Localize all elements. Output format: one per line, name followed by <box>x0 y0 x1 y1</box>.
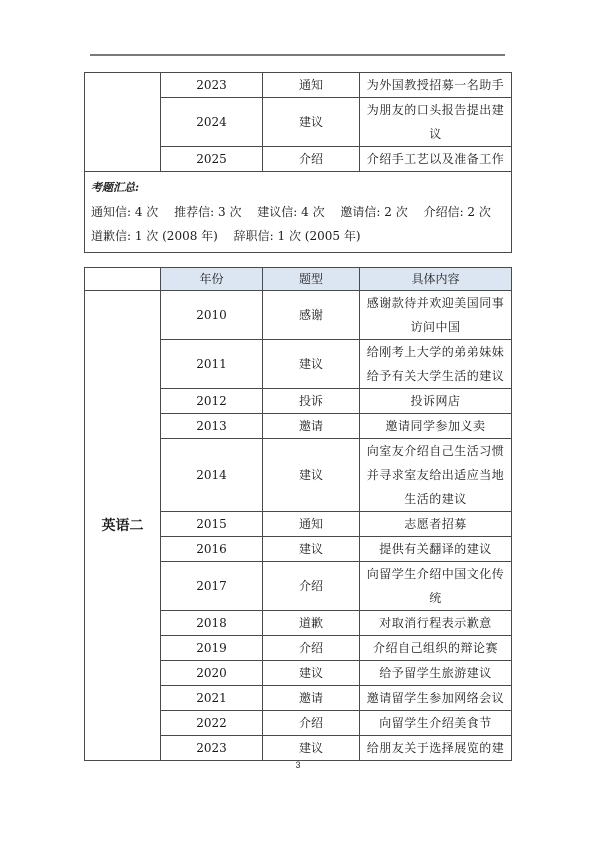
type-cell: 介绍 <box>263 562 360 611</box>
type-cell: 建议 <box>263 98 360 147</box>
year-cell: 2018 <box>161 611 263 636</box>
type-cell: 邀请 <box>263 686 360 711</box>
type-cell: 邀请 <box>263 414 360 439</box>
summary-item: 道歉信: 1 次 (2008 年) <box>91 229 218 243</box>
year-cell: 2020 <box>161 661 263 686</box>
year-cell: 2012 <box>161 389 263 414</box>
type-cell: 通知 <box>263 73 360 98</box>
type-cell: 通知 <box>263 512 360 537</box>
year-cell: 2019 <box>161 636 263 661</box>
header-blank-cell <box>85 268 161 291</box>
header-year: 年份 <box>161 268 263 291</box>
type-cell: 介绍 <box>263 636 360 661</box>
year-cell: 2025 <box>161 147 263 172</box>
subject-cell: 英语二 <box>85 291 161 761</box>
summary-item: 建议信: 4 次 <box>257 205 324 219</box>
type-cell: 建议 <box>263 661 360 686</box>
year-cell: 2023 <box>161 736 263 761</box>
year-cell: 2014 <box>161 439 263 512</box>
summary-item: 通知信: 4 次 <box>91 205 158 219</box>
type-cell: 投诉 <box>263 389 360 414</box>
year-cell: 2011 <box>161 340 263 389</box>
summary-cell: 考题汇总: 通知信: 4 次 推荐信: 3 次 建议信: 4 次 邀请信: 2 … <box>85 172 512 253</box>
writing-topics-table-continued: 2023 通知 为外国教授招募一名助手 2024 建议 为朋友的口头报告提出建议… <box>84 72 512 253</box>
year-cell: 2015 <box>161 512 263 537</box>
table-row: 英语二 2010 感谢 感谢款待并欢迎美国同事访问中国 <box>85 291 512 340</box>
content-cell: 给刚考上大学的弟弟妹妹给予有关大学生活的建议 <box>360 340 512 389</box>
year-cell: 2023 <box>161 73 263 98</box>
summary-item: 推荐信: 3 次 <box>174 205 241 219</box>
content-cell: 对取消行程表示歉意 <box>360 611 512 636</box>
type-cell: 建议 <box>263 537 360 562</box>
type-cell: 建议 <box>263 439 360 512</box>
content-cell: 给予留学生旅游建议 <box>360 661 512 686</box>
content-cell: 邀请留学生参加网络会议 <box>360 686 512 711</box>
content-cell: 向留学生介绍中国文化传统 <box>360 562 512 611</box>
content-cell: 介绍手工艺以及准备工作 <box>360 147 512 172</box>
header-type: 题型 <box>263 268 360 291</box>
content-cell: 介绍自己组织的辩论赛 <box>360 636 512 661</box>
content-cell: 给朋友关于选择展览的建 <box>360 736 512 761</box>
content-cell: 向留学生介绍美食节 <box>360 711 512 736</box>
subject-cell-empty <box>85 73 161 172</box>
english-2-writing-table: 年份 题型 具体内容 英语二 2010 感谢 感谢款待并欢迎美国同事访问中国 2… <box>84 267 512 761</box>
summary-item: 邀请信: 2 次 <box>340 205 407 219</box>
header-content: 具体内容 <box>360 268 512 291</box>
content-cell: 向室友介绍自己生活习惯并寻求室友给出适应当地生活的建议 <box>360 439 512 512</box>
table-row: 2023 通知 为外国教授招募一名助手 <box>85 73 512 98</box>
content-cell: 感谢款待并欢迎美国同事访问中国 <box>360 291 512 340</box>
year-cell: 2010 <box>161 291 263 340</box>
page-header-rule <box>90 54 505 56</box>
year-cell: 2022 <box>161 711 263 736</box>
summary-line-2: 道歉信: 1 次 (2008 年) 辞职信: 1 次 (2005 年) <box>91 224 505 248</box>
summary-title: 考题汇总: <box>91 176 505 200</box>
table-header-row: 年份 题型 具体内容 <box>85 268 512 291</box>
year-cell: 2016 <box>161 537 263 562</box>
content-cell: 投诉网店 <box>360 389 512 414</box>
summary-line-1: 通知信: 4 次 推荐信: 3 次 建议信: 4 次 邀请信: 2 次 介绍信:… <box>91 200 505 224</box>
type-cell: 感谢 <box>263 291 360 340</box>
type-cell: 介绍 <box>263 711 360 736</box>
summary-row: 考题汇总: 通知信: 4 次 推荐信: 3 次 建议信: 4 次 邀请信: 2 … <box>85 172 512 253</box>
summary-item: 介绍信: 2 次 <box>424 205 491 219</box>
page-number: 3 <box>0 760 596 770</box>
type-cell: 建议 <box>263 340 360 389</box>
type-cell: 介绍 <box>263 147 360 172</box>
content-cell: 为朋友的口头报告提出建议 <box>360 98 512 147</box>
type-cell: 道歉 <box>263 611 360 636</box>
content-cell: 提供有关翻译的建议 <box>360 537 512 562</box>
type-cell: 建议 <box>263 736 360 761</box>
summary-item: 辞职信: 1 次 (2005 年) <box>234 229 361 243</box>
content-cell: 志愿者招募 <box>360 512 512 537</box>
year-cell: 2024 <box>161 98 263 147</box>
content-cell: 邀请同学参加义卖 <box>360 414 512 439</box>
year-cell: 2021 <box>161 686 263 711</box>
year-cell: 2013 <box>161 414 263 439</box>
year-cell: 2017 <box>161 562 263 611</box>
content-cell: 为外国教授招募一名助手 <box>360 73 512 98</box>
